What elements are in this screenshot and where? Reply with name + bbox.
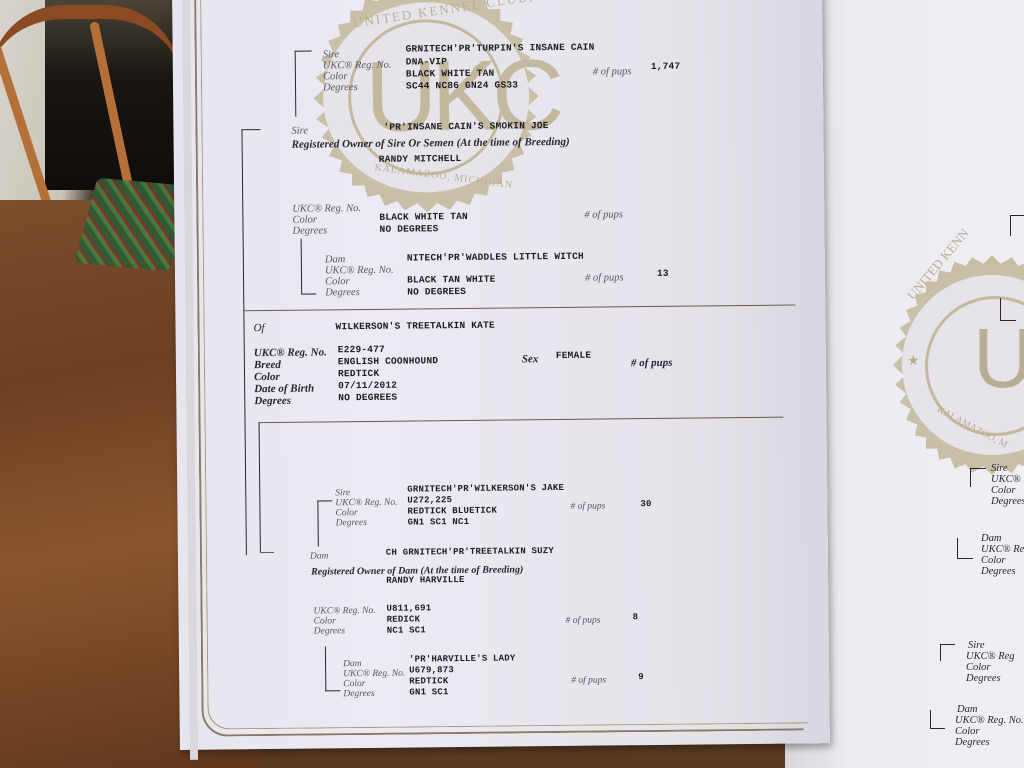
sire-color: BLACK WHITE TAN [379,211,468,223]
block-2-degrees-label: Degrees [981,566,1016,577]
block-4-color-label: Color [955,726,980,737]
bracket [930,710,945,729]
bracket [301,239,317,295]
block-2-color-label: Color [981,555,1006,566]
sire-reg-label: UKC® Reg. No. [292,203,361,215]
sire-dam-name: NITECH'PR'WADDLES LITTLE WITCH [407,251,584,264]
block-4-dam-label: Dam [957,704,977,715]
block-1-color-label: Color [991,485,1016,496]
dam-pups: 8 [633,612,639,624]
pedigree-page: UKC ® UNITED KENNEL CLUB, INC. KALAMAZOO… [172,0,830,750]
subject-sex: FEMALE [556,350,592,362]
subject-degrees-label: Degrees [254,395,291,407]
bracket-tick [260,552,274,553]
subject-breed-label: Breed [254,359,281,371]
sire-sire-degrees: SC44 NC86 GN24 GS33 [406,79,518,92]
sire-sire-reg-label: UKC® Reg. No. [323,60,392,72]
subject-name: WILKERSON'S TREETALKIN KATE [335,320,494,333]
sire-pups-label: # of pups [584,209,623,220]
seal-center-text: UK [973,310,1024,407]
block-4-degrees-label: Degrees [955,737,990,748]
sire-degrees-label: Degrees [292,225,327,236]
block-2-dam-label: Dam [981,533,1001,544]
subject-degrees: NO DEGREES [338,392,397,404]
dam-label: Dam [310,551,329,562]
dam-sire-name: GRNITECH'PR'WILKERSON'S JAKE [407,483,564,496]
sire-label: Sire [291,126,308,137]
sire-owner: RANDY MITCHELL [379,153,462,165]
dam-sire-pups: 30 [640,499,651,511]
sire-dam-label: Dam [325,254,346,265]
subject-pups-label: # of pups [631,357,673,369]
bracket [295,51,313,117]
sire-dam-pups-label: # of pups [585,272,624,283]
sire-sire-color-label: Color [323,71,348,82]
block-2-reg-label: UKC® Re [981,544,1024,555]
subject-color: REDTICK [338,368,379,380]
dam-reg-no: U811,691 [386,603,431,615]
sire-sire-color: BLACK WHITE TAN [406,68,495,80]
dam-dam-degrees: GN1 SC1 [409,687,448,699]
bracket [325,646,340,691]
sire-sire-label: Sire [323,49,340,60]
sire-sire-pups: 1,747 [651,61,681,73]
dam-degrees: NC1 SC1 [387,625,426,637]
sire-sire-pups-label: # of pups [593,66,632,77]
subject-reg-label: UKC® Reg. No. [254,346,327,359]
block-1-sire-label: Sire [991,463,1008,474]
sire-color-label: Color [292,214,317,225]
sire-dam-degrees: NO DEGREES [407,286,466,298]
subject-sex-label: Sex [522,353,539,365]
of-label: Of [253,322,264,334]
subject-reg-no: E229-477 [338,344,385,356]
sire-dam-reg-label: UKC® Reg. No. [325,265,394,277]
block-1-degrees-label: Degrees [991,496,1024,507]
sire-sire-name: GRNITECH'PR'TURPIN'S INSANE CAIN [406,42,595,55]
subject-breed: ENGLISH COONHOUND [338,355,438,368]
block-3-sire-label: Sire [968,640,985,651]
block-3-degrees-label: Degrees [966,673,1001,684]
dam-sire-degrees-label: Degrees [336,518,367,529]
sire-sire-reg-no: DNA-VIP [406,56,447,68]
block-3-color-label: Color [966,662,991,673]
dam-dam-pups: 9 [638,672,644,684]
sire-sire-degrees-label: Degrees [323,82,358,93]
bracket [317,500,332,546]
sire-name: 'PR'INSANE CAIN'S SMOKIN JOE [383,120,548,133]
dam-sire-pups-label: # of pups [570,501,605,512]
dam-dam-degrees-label: Degrees [343,689,374,700]
bracket [970,468,986,487]
subject-dob: 07/11/2012 [338,380,397,392]
bracket [957,538,973,559]
bracket [940,644,955,661]
dam-dam-pups-label: # of pups [571,675,606,686]
bracket [1000,298,1016,321]
sire-dam-pups: 13 [657,268,669,280]
dam-dam-name: 'PR'HARVILLE'S LADY [409,653,516,666]
bracket [1010,215,1024,236]
block-3-reg-label: UKC® Reg [966,651,1015,662]
subject-dob-label: Date of Birth [254,383,314,396]
dam-sire-degrees: GN1 SC1 NC1 [408,517,470,529]
dam-owner: RANDY HARVILLE [386,575,465,587]
star-icon: ★ [907,352,920,369]
sire-degrees: NO DEGREES [379,223,438,235]
sire-dam-degrees-label: Degrees [325,287,360,298]
dam-degrees-label: Degrees [314,626,345,637]
sire-dam-color: BLACK TAN WHITE [407,274,496,286]
block-1-reg-label: UKC® [991,474,1021,485]
subject-color-label: Color [254,371,280,383]
dam-pups-label: # of pups [566,616,601,627]
sire-dam-color-label: Color [325,276,350,287]
block-4-reg-label: UKC® Reg. No. [955,715,1024,726]
dam-name: CH GRNITECH'PR'TREETALKIN SUZY [386,546,554,559]
